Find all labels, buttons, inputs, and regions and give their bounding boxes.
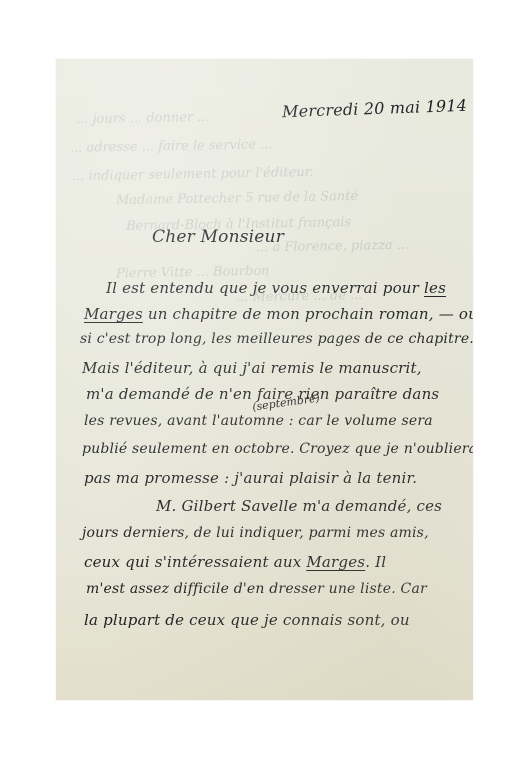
letter-line: la plupart de ceux que je connais sont, … xyxy=(84,611,410,629)
underlined-title: Marges xyxy=(306,553,365,571)
letter-line: ceux qui s'intéressaient aux Marges. Il xyxy=(84,553,386,571)
letter-line: jours derniers, de lui indiquer, parmi m… xyxy=(82,525,429,541)
letter-line: Marges un chapitre de mon prochain roman… xyxy=(84,305,473,323)
letter-paper: ... jours ... donner ... ... adresse ...… xyxy=(56,59,473,700)
letter-line: publié seulement en octobre. Croyez que … xyxy=(82,441,473,457)
underlined-title: Marges xyxy=(84,305,143,323)
letter-line: Mais l'éditeur, à qui j'ai remis le manu… xyxy=(82,359,422,377)
letter-line: m'est assez difficile d'en dresser une l… xyxy=(86,581,427,597)
letter-line: si c'est trop long, les meilleures pages… xyxy=(80,331,473,347)
letter-line: Il est entendu que je vous enverrai pour… xyxy=(106,279,446,297)
bleed-through-line: Madame Pottecher 5 rue de la Santé xyxy=(116,189,358,208)
letter-date: Mercredi 20 mai 1914 xyxy=(282,96,468,121)
bleed-through-line: ... adresse ... faire le service ... xyxy=(70,137,273,156)
letter-salutation: Cher Monsieur xyxy=(152,227,284,247)
letter-line: pas ma promesse : j'aurai plaisir à la t… xyxy=(84,469,417,487)
letter-line: M. Gilbert Savelle m'a demandé, ces xyxy=(156,497,442,515)
underlined-title: les xyxy=(424,279,446,297)
bleed-through-line: ... jours ... donner ... xyxy=(76,110,210,127)
bleed-through-line: ... indiquer seulement pour l'éditeur. xyxy=(72,165,314,184)
letter-line: les revues, avant l'automne : car le vol… xyxy=(84,413,433,429)
